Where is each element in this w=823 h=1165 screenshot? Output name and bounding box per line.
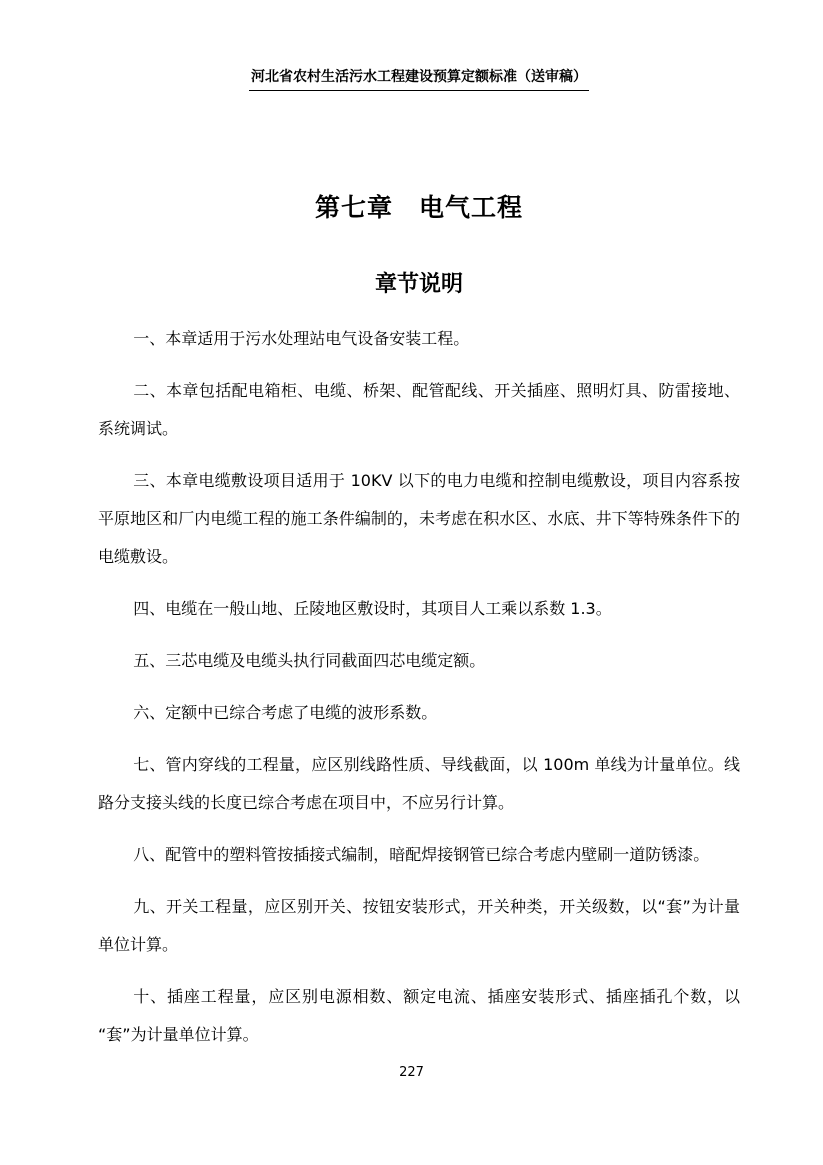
paragraph-10: 十、插座工程量，应区别电源相数、额定电流、插座安装形式、插座插孔个数，以“套”为…	[98, 978, 740, 1054]
paragraph-4: 四、电缆在一般山地、丘陵地区敷设时，其项目人工乘以系数 1.3。	[98, 590, 740, 628]
paragraph-6: 六、定额中已综合考虑了电缆的波形系数。	[98, 694, 740, 732]
document-header: 河北省农村生活污水工程建设预算定额标准（送审稿）	[98, 66, 740, 91]
paragraph-8: 八、配管中的塑料管按插接式编制，暗配焊接钢管已综合考虑内壁刷一道防锈漆。	[98, 836, 740, 874]
paragraph-9: 九、开关工程量，应区别开关、按钮安装形式，开关种类，开关级数，以“套”为计量单位…	[98, 888, 740, 964]
document-page: 河北省农村生活污水工程建设预算定额标准（送审稿） 第七章 电气工程 章节说明 一…	[0, 0, 823, 1165]
section-title: 章节说明	[98, 271, 740, 299]
paragraph-1: 一、本章适用于污水处理站电气设备安装工程。	[98, 320, 740, 358]
page-footer: 227	[0, 1064, 823, 1082]
paragraph-2: 二、本章包括配电箱柜、电缆、桥架、配管配线、开关插座、照明灯具、防雷接地、系统调…	[98, 372, 740, 448]
document-body: 一、本章适用于污水处理站电气设备安装工程。 二、本章包括配电箱柜、电缆、桥架、配…	[98, 320, 740, 1054]
paragraph-5: 五、三芯电缆及电缆头执行同截面四芯电缆定额。	[98, 642, 740, 680]
chapter-title: 第七章 电气工程	[98, 193, 740, 223]
paragraph-7: 七、管内穿线的工程量，应区别线路性质、导线截面，以 100m 单线为计量单位。线…	[98, 746, 740, 822]
paragraph-3: 三、本章电缆敷设项目适用于 10KV 以下的电力电缆和控制电缆敷设，项目内容系按…	[98, 462, 740, 576]
document-header-text: 河北省农村生活污水工程建设预算定额标准（送审稿）	[249, 66, 589, 91]
page-number: 227	[399, 1065, 424, 1080]
